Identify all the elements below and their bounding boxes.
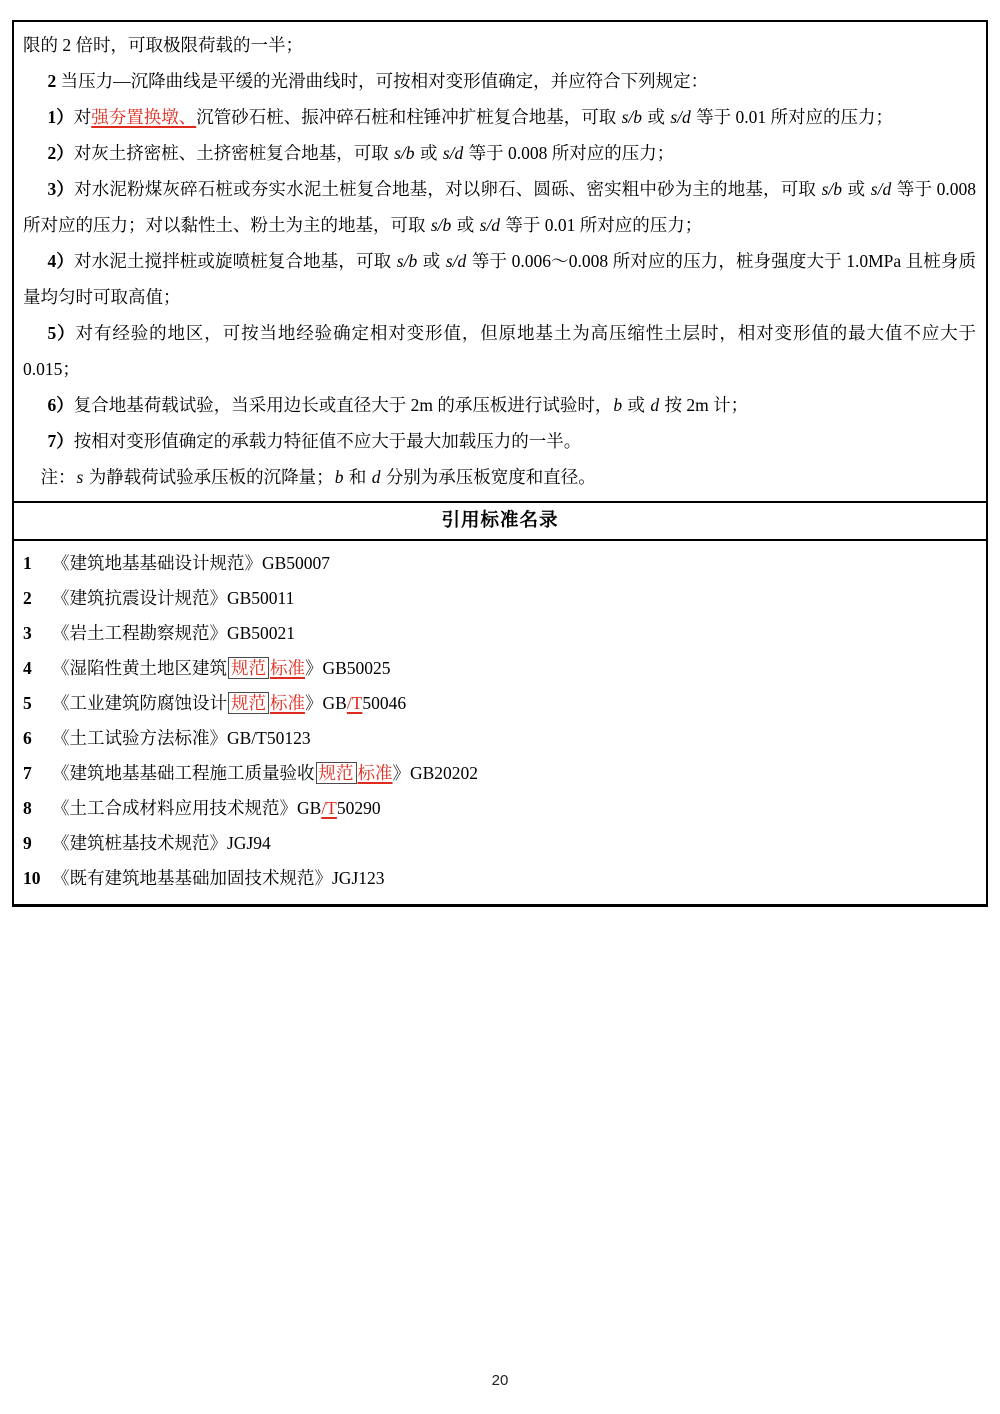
text-segment-n: 或: [418, 251, 445, 271]
text-segment-ins: 标准: [270, 693, 305, 713]
text-segment-n: 《工业建筑防腐蚀设计: [52, 693, 227, 713]
text-segment-b: 7）: [48, 431, 74, 451]
standard-item: 2《建筑抗震设计规范》GB50011: [23, 581, 976, 616]
text-segment-n: 对灰土挤密桩、土挤密桩复合地基，可取: [74, 143, 393, 163]
clause-line: 7）按相对变形值确定的承载力特征值不应大于最大加载压力的一半。: [23, 423, 976, 459]
text-segment-n: 等于 0.01 所对应的压力；: [501, 215, 702, 235]
text-segment-i: s/b: [396, 251, 418, 271]
clause-line: 6）复合地基荷载试验，当采用边长或直径大于 2m 的承压板进行试验时，b 或 d…: [23, 387, 976, 423]
text-segment-b: 5）: [48, 323, 76, 343]
text-segment-n: 限的 2 倍时，可取极限荷载的一半；: [23, 35, 303, 55]
standard-item: 3《岩土工程勘察规范》GB50021: [23, 616, 976, 651]
text-segment-b: 1）: [48, 107, 74, 127]
text-segment-n: 等于 0.008 所对应的压力；: [464, 143, 674, 163]
document-page: { "colors": { "insert_red": "#e02a1e", "…: [0, 0, 1000, 1414]
document-table: 限的 2 倍时，可取极限荷载的一半；2 当压力—沉降曲线是平缓的光滑曲线时，可按…: [12, 20, 988, 907]
clause-line: 3）对水泥粉煤灰碎石桩或夯实水泥土桩复合地基，对以卵石、圆砾、密实粗中砂为主的地…: [23, 171, 976, 243]
text-segment-n: 注：: [41, 467, 76, 487]
text-segment-n: 《建筑地基基础工程施工质量验收: [52, 763, 315, 783]
standards-list: 1《建筑地基基础设计规范》GB500072《建筑抗震设计规范》GB500113《…: [14, 541, 986, 904]
text-segment-ins: 标准: [358, 763, 393, 783]
standard-number: 5: [23, 686, 43, 721]
standard-number: 8: [23, 791, 43, 826]
page-number: 20: [0, 1372, 1000, 1389]
references-header: 引用标准名录: [14, 503, 986, 541]
text-segment-ins: 标准: [270, 658, 305, 678]
text-segment-n: 按 2m 计；: [660, 395, 748, 415]
standard-number: 9: [23, 826, 43, 861]
text-segment-n: 复合地基荷载试验，当采用边长或直径大于 2m 的承压板进行试验时，: [74, 395, 613, 415]
text-segment-i: s/d: [445, 251, 467, 271]
standard-item: 1《建筑地基基础设计规范》GB50007: [23, 546, 976, 581]
text-segment-b: 2）: [48, 143, 74, 163]
text-segment-i: s/b: [430, 215, 452, 235]
standard-number: 4: [23, 651, 43, 686]
text-segment-n: 《岩土工程勘察规范》GB50021: [52, 623, 295, 643]
standard-number: 3: [23, 616, 43, 651]
text-segment-n: 对水泥粉煤灰碎石桩或夯实水泥土桩复合地基，对以卵石、圆砾、密实粗中砂为主的地基，…: [74, 179, 821, 199]
text-segment-n: 《既有建筑地基基础加固技术规范》JGJ123: [52, 868, 385, 888]
text-segment-n: 或: [843, 179, 870, 199]
text-segment-n: 《土工合成材料应用技术规范》GB: [52, 798, 321, 818]
text-segment-i: s/d: [870, 179, 892, 199]
standard-item: 5《工业建筑防腐蚀设计规范标准》GB/T50046: [23, 686, 976, 721]
text-segment-n: 《湿陷性黄土地区建筑: [52, 658, 227, 678]
text-segment-n: 《建筑地基基础设计规范》GB50007: [52, 553, 330, 573]
text-segment-n: 》GB20202: [393, 763, 479, 783]
standard-number: 2: [23, 581, 43, 616]
clause-line: 注：s 为静载荷试验承压板的沉降量；b 和 d 分别为承压板宽度和直径。: [23, 459, 976, 495]
standard-number: 6: [23, 721, 43, 756]
text-segment-n: 对: [74, 107, 92, 127]
standard-item: 9《建筑桩基技术规范》JGJ94: [23, 826, 976, 861]
text-segment-n: 沉管砂石桩、振冲碎石桩和柱锤冲扩桩复合地基，可取: [196, 107, 620, 127]
text-segment-i: b: [612, 395, 623, 415]
text-segment-n: 《土工试验方法标准》GB/T50123: [52, 728, 311, 748]
text-segment-del: 规范: [316, 762, 357, 784]
standard-number: 1: [23, 546, 43, 581]
text-segment-ins: /T: [347, 693, 363, 713]
text-segment-ins: /T: [321, 798, 337, 818]
standard-number: 10: [23, 861, 43, 896]
standard-number: 7: [23, 756, 43, 791]
text-segment-n: 或: [643, 107, 669, 127]
text-segment-i: b: [334, 467, 345, 487]
text-segment-n: 对有经验的地区，可按当地经验确定相对变形值，但原地基土为高压缩性土层时，相对变形…: [23, 323, 976, 379]
references-header-label: 引用标准名录: [441, 511, 558, 531]
clause-line: 2）对灰土挤密桩、土挤密桩复合地基，可取 s/b 或 s/d 等于 0.008 …: [23, 135, 976, 171]
clause-line: 5）对有经验的地区，可按当地经验确定相对变形值，但原地基土为高压缩性土层时，相对…: [23, 315, 976, 387]
text-segment-del: 规范: [228, 692, 269, 714]
text-segment-ins: 强夯置换墩、: [91, 107, 196, 127]
text-segment-i: s/d: [669, 107, 691, 127]
clause-line: 2 当压力—沉降曲线是平缓的光滑曲线时，可按相对变形值确定，并应符合下列规定：: [23, 63, 976, 99]
text-segment-n: 和: [344, 467, 370, 487]
text-segment-i: s/b: [821, 179, 843, 199]
text-segment-n: 当压力—沉降曲线是平缓的光滑曲线时，可按相对变形值确定，并应符合下列规定：: [56, 71, 708, 91]
text-segment-b: 2: [48, 71, 57, 91]
text-segment-b: 3）: [48, 179, 75, 199]
clause-line: 4）对水泥土搅拌桩或旋喷桩复合地基，可取 s/b 或 s/d 等于 0.006～…: [23, 243, 976, 315]
standard-item: 7《建筑地基基础工程施工质量验收规范标准》GB20202: [23, 756, 976, 791]
text-segment-del: 规范: [228, 657, 269, 679]
text-segment-b: 6）: [48, 395, 74, 415]
clause-line: 1）对强夯置换墩、沉管砂石桩、振冲碎石桩和柱锤冲扩桩复合地基，可取 s/b 或 …: [23, 99, 976, 135]
text-segment-n: 或: [452, 215, 478, 235]
standard-item: 4《湿陷性黄土地区建筑规范标准》GB50025: [23, 651, 976, 686]
text-segment-n: 50290: [337, 798, 381, 818]
standard-item: 8《土工合成材料应用技术规范》GB/T50290: [23, 791, 976, 826]
text-segment-b: 4）: [48, 251, 75, 271]
text-segment-i: s/b: [393, 143, 415, 163]
text-segment-n: 等于 0.01 所对应的压力；: [692, 107, 893, 127]
text-segment-i: s: [76, 467, 85, 487]
text-segment-n: 50046: [362, 693, 406, 713]
text-segment-n: 分别为承压板宽度和直径。: [381, 467, 595, 487]
text-segment-n: 《建筑桩基技术规范》JGJ94: [52, 833, 271, 853]
text-segment-i: s/b: [621, 107, 643, 127]
standard-item: 10《既有建筑地基基础加固技术规范》JGJ123: [23, 861, 976, 896]
text-segment-i: d: [649, 395, 660, 415]
text-segment-n: 《建筑抗震设计规范》GB50011: [52, 588, 294, 608]
text-segment-n: 》GB: [305, 693, 347, 713]
text-segment-n: 为静载荷试验承压板的沉降量；: [84, 467, 333, 487]
text-segment-n: 或: [416, 143, 442, 163]
text-segment-i: s/d: [479, 215, 501, 235]
clause-line: 限的 2 倍时，可取极限荷载的一半；: [23, 27, 976, 63]
text-segment-n: 或: [623, 395, 649, 415]
text-segment-n: 》GB50025: [305, 658, 391, 678]
text-segment-n: 对水泥土搅拌桩或旋喷桩复合地基，可取: [74, 251, 396, 271]
text-segment-i: d: [371, 467, 382, 487]
clauses-section: 限的 2 倍时，可取极限荷载的一半；2 当压力—沉降曲线是平缓的光滑曲线时，可按…: [14, 22, 986, 503]
standard-item: 6《土工试验方法标准》GB/T50123: [23, 721, 976, 756]
text-segment-n: 按相对变形值确定的承载力特征值不应大于最大加载压力的一半。: [74, 431, 582, 451]
text-segment-i: s/d: [442, 143, 464, 163]
